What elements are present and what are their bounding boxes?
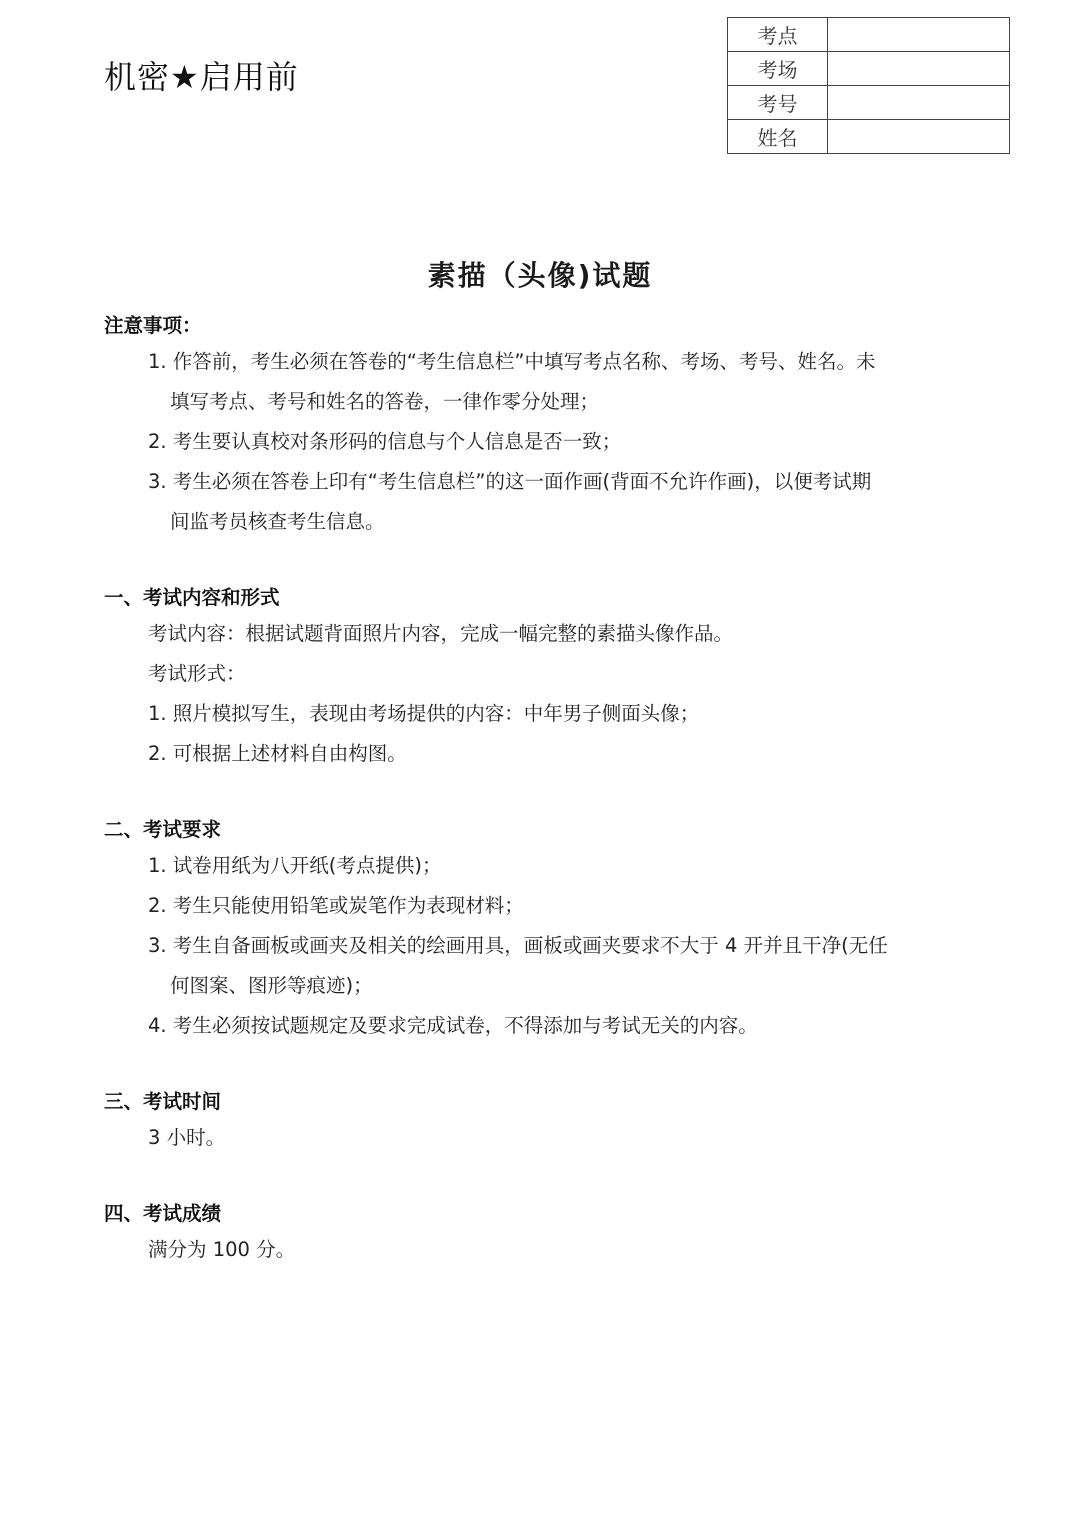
page-title: 素描（头像)试题 bbox=[0, 254, 1080, 294]
section-line: 2. 可根据上述材料自由构图。 bbox=[104, 734, 984, 774]
section-line: 考试形式： bbox=[104, 654, 984, 694]
confidential-mark: 机密★启用前 bbox=[104, 52, 299, 98]
section-heading-duration: 三、考试时间 bbox=[104, 1086, 984, 1118]
info-value-field bbox=[828, 120, 1010, 154]
notice-item-continuation: 间监考员核查考生信息。 bbox=[104, 502, 984, 542]
info-row-name: 姓名 bbox=[728, 120, 1010, 154]
info-label: 考点 bbox=[728, 18, 828, 52]
section-line: 满分为 100 分。 bbox=[104, 1230, 984, 1270]
info-label: 考号 bbox=[728, 86, 828, 120]
document-body: 注意事项： 1. 作答前，考生必须在答卷的“考生信息栏”中填写考点名称、考场、考… bbox=[104, 310, 984, 1270]
notice-item: 3. 考生必须在答卷上印有“考生信息栏”的这一面作画(背面不允许作画)，以便考试… bbox=[104, 462, 984, 502]
notice-item-continuation: 填写考点、考号和姓名的答卷，一律作零分处理； bbox=[104, 382, 984, 422]
info-value-field bbox=[828, 18, 1010, 52]
section-heading-requirements: 二、考试要求 bbox=[104, 814, 984, 846]
section-line-continuation: 何图案、图形等痕迹)； bbox=[104, 966, 984, 1006]
info-value-field bbox=[828, 52, 1010, 86]
candidate-info-table: 考点 考场 考号 姓名 bbox=[727, 17, 1010, 154]
info-row-exam-number: 考号 bbox=[728, 86, 1010, 120]
notice-item: 1. 作答前，考生必须在答卷的“考生信息栏”中填写考点名称、考场、考号、姓名。未 bbox=[104, 342, 984, 382]
section-line: 3. 考生自备画板或画夹及相关的绘画用具，画板或画夹要求不大于 4 开并且干净(… bbox=[104, 926, 984, 966]
notice-heading: 注意事项： bbox=[104, 310, 984, 342]
section-line: 2. 考生只能使用铅笔或炭笔作为表现材料； bbox=[104, 886, 984, 926]
section-heading-score: 四、考试成绩 bbox=[104, 1198, 984, 1230]
info-label: 姓名 bbox=[728, 120, 828, 154]
section-line: 考试内容：根据试题背面照片内容，完成一幅完整的素描头像作品。 bbox=[104, 614, 984, 654]
notice-item: 2. 考生要认真校对条形码的信息与个人信息是否一致； bbox=[104, 422, 984, 462]
info-label: 考场 bbox=[728, 52, 828, 86]
section-heading-content-format: 一、考试内容和形式 bbox=[104, 582, 984, 614]
section-line: 1. 试卷用纸为八开纸(考点提供)； bbox=[104, 846, 984, 886]
section-line: 4. 考生必须按试题规定及要求完成试卷，不得添加与考试无关的内容。 bbox=[104, 1006, 984, 1046]
section-line: 3 小时。 bbox=[104, 1118, 984, 1158]
info-row-exam-room: 考场 bbox=[728, 52, 1010, 86]
info-row-exam-site: 考点 bbox=[728, 18, 1010, 52]
info-value-field bbox=[828, 86, 1010, 120]
section-line: 1. 照片模拟写生，表现由考场提供的内容：中年男子侧面头像； bbox=[104, 694, 984, 734]
